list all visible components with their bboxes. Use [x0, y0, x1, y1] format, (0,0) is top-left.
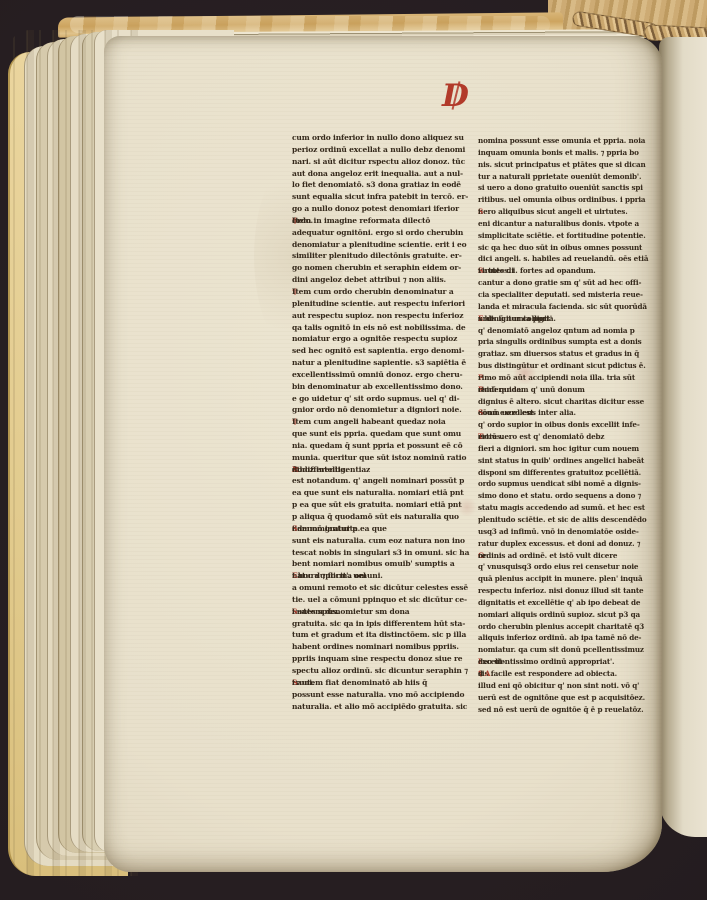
text-line: ¶Item cum ordo cherubin denominatur a — [292, 286, 478, 298]
text-line: qa talis ognitō in eis nō est nobilissim… — [292, 322, 478, 334]
text-line: ordinū nomia ppria. Ex his igitur collig… — [478, 313, 650, 325]
text-line: gratuita. sic qa in ipis differentem hūt… — [292, 618, 478, 630]
text-line: simplicitate sciētie. et fortitudine pot… — [478, 230, 650, 242]
text-line: dini angeloz debet attribui ⁊ non aliis. — [292, 274, 478, 286]
text-line: e go uidetur q' sit ordo supmus. uel q' … — [292, 393, 478, 405]
text-line: denomiatur a plenitudine scientie. erit … — [292, 239, 478, 251]
text-line: sed hec ognitō est sapientia. ergo denom… — [292, 345, 478, 357]
text-line: q' denomiatō angeloz qntum ad nomia p — [478, 325, 650, 337]
text-line: inquam omunia bonis et malis. ⁊ ppria bo — [478, 147, 650, 159]
text-line: nomiatur. qa cum sit donū pcellentissimu… — [478, 644, 650, 656]
text-line: cia specialiter deputati. sed misteria r… — [478, 289, 650, 301]
text-line: adequatur ognitōni. ergo si ordo cherubi… — [292, 227, 478, 239]
text-line: sunt equalia sicut infra patebit in terc… — [292, 191, 478, 203]
text-line: uero aliquibus sicut angeli et uirtutes.… — [478, 206, 650, 218]
text-line: cum ordo inferior in nullo dono aliquez … — [292, 132, 478, 144]
text-line: sis facile est respondere ad obiecta. ¶ … — [478, 668, 650, 680]
text-line: que sunt eis ppria. quedam que sunt omu — [292, 428, 478, 440]
facing-page-edge — [659, 37, 707, 837]
text-line: bent nomiari nomibus omuib' sumptis a — [292, 558, 478, 570]
text-line: tum et gradum et ita distinctōem. sic p … — [292, 629, 478, 641]
text-line: aliquis inferioz ordinū. ab ipa tamē nō … — [478, 632, 650, 644]
text-line: disponi sm differentes gratuitoz pcellēt… — [478, 467, 650, 479]
text-line: ratur duplex excessus. et doni ad donuz.… — [478, 538, 650, 550]
text-line: osideranda. Primū quidem q' unū donum — [478, 384, 650, 396]
text-line: ppriis inquam sine respectu donoz siue r… — [292, 653, 478, 665]
text-line: landa et miracula facienda. sic sūt quor… — [478, 301, 650, 313]
text-line: eni dicantur a naturalibus donis. vtpote… — [478, 218, 650, 230]
text-line: dignitatis et excellētie q' ab ipo debea… — [478, 597, 650, 609]
text-line: sed nō est uerū de ognitōe q̄ ē p reuela… — [478, 704, 650, 716]
rubric-initial-d: D — [442, 78, 482, 116]
text-line: similiter plenitudo dilectōnis gratuite.… — [292, 250, 478, 262]
text-line: go a nullo donoz potest denomiari iferio… — [292, 203, 478, 215]
text-line: naturalia. et alio mō accipiēdo gratuita… — [292, 701, 478, 713]
text-line: quā plenius accipit in munere. plen' inq… — [478, 573, 650, 585]
text-line: uerū est de ognitōne que est p acquisitō… — [478, 692, 650, 704]
text-line: simo dono et statu. ordo sequens a dono … — [478, 490, 650, 502]
text-line: natura ⁊ forma omuni. Et hoc duplicit'. … — [292, 570, 478, 582]
text-line: gratiaz. sm diuersos status et gradus in… — [478, 348, 650, 360]
text-line: Primo mō aūt accipiendi noia illa. tria … — [478, 372, 650, 384]
text-line: go nomen cherubin et seraphin eidem or- — [292, 262, 478, 274]
text-line: habent ordines nominari nomibus ppriis. — [292, 641, 478, 653]
text-line: nomina possunt esse omunia et ppria. noi… — [478, 135, 650, 147]
text-line: illud eni qō obicitur q' non sint noti. … — [478, 680, 650, 692]
text-line: statu magis accedendo ad sumū. et hec es… — [478, 502, 650, 514]
text-line: nari. si aūt dicitur rspectu alioz donoz… — [292, 156, 478, 168]
text-line: dici angeli. s. habiles ad reuelandū. oē… — [478, 253, 650, 265]
text-line: a omuni remoto et sic dicūtur celestes e… — [292, 582, 478, 594]
text-line: tie. uel a cōmuni ppinquo et sic dicūtur… — [292, 594, 478, 606]
text-line: tur a naturali pprietate oueniūt demonib… — [478, 171, 650, 183]
text-line: p ea que sūt eis gratuita. nomiari etiā … — [292, 499, 478, 511]
book-page: D cum ordo inferior in nullo dono alique… — [104, 36, 662, 872]
text-column-right: nomina possunt esse omunia et ppria. noi… — [478, 135, 650, 717]
text-line: riores. Tertiū uero est q' denomiatō deb… — [478, 431, 650, 443]
photo-background: D cum ordo inferior in nullo dono alique… — [0, 0, 707, 900]
text-line: nomiatur ergo a ognitōe respectu supioz — [292, 333, 478, 345]
text-line: ea que sunt eis naturalia. nomiari etiā … — [292, 487, 478, 499]
text-line: perioz ordinū excellat a nullo debz deno… — [292, 144, 478, 156]
text-line: lo fiet denomiatō. s3 dona gratiaz in eo… — [292, 179, 478, 191]
text-line: nomiari aliquis ordinū supioz. sicut p3 … — [478, 609, 650, 621]
text-line: si uero a dono gratuito oueniūt sanctis … — [478, 182, 650, 194]
text-line: bus distingūtur et ordinant sicut pdictu… — [478, 360, 650, 372]
text-line: ritibus. uel omunia oibus ordinibus. i p… — [478, 194, 650, 206]
text-line: ordo supmus uendicat sibi nomē a dignis- — [478, 478, 650, 490]
text-line: nis. sicut principatus et ptātes que si … — [478, 159, 650, 171]
text-line: ordo. ¶Item in imagine reformata dilectō — [292, 215, 478, 227]
text-line: cantur a dono gratie sm q' sūt ad hec of… — [478, 277, 650, 289]
text-line: troni. Si autem fiat denominatō ab hiis … — [292, 677, 478, 689]
text-line: excellentissimo ordinū appropriat'. Ideo… — [478, 656, 650, 668]
text-line: ordo cherubin plenius accepit charitatē … — [478, 621, 650, 633]
text-line: plenitudine scientie. aut respectu infer… — [292, 298, 478, 310]
text-line: aut respectu supioz. non respectu inferi… — [292, 310, 478, 322]
text-line: bin denominatur ab excellentissimo dono. — [292, 381, 478, 393]
text-line: ordinis ad ordinē. et istō vult dicere G… — [478, 550, 650, 562]
text-line: possunt esse naturalia. vno mō accipiend… — [292, 689, 478, 701]
text-line: dignius ē altero. sicut charitas dicitur… — [478, 396, 650, 408]
text-line: sint status in quib' ordines angelici ha… — [478, 455, 650, 467]
text-line: natur a plenitudine sapientie. s3 sapiēt… — [292, 357, 478, 369]
text-line: ¶Item cum angeli habeant quedaz noia — [292, 416, 478, 428]
text-line: fieri a digniori. sm hoc igitur cum noue… — [478, 443, 650, 455]
text-line: q' vnusquisq3 ordo eius rei censetur noi… — [478, 561, 650, 573]
text-line: donū excellens inter alia. Scōum uero es… — [478, 407, 650, 419]
text-line: munia. queritur que sūt istoz nominū rat… — [292, 452, 478, 464]
text-line: lestes spūs. Si autem denomietur sm dona — [292, 606, 478, 618]
text-line: p aliqua q̄ quodamō sūt eis naturalia qu… — [292, 511, 478, 523]
text-line: virtutes. i. fortes ad opandum. Si autes… — [478, 265, 650, 277]
text-column-left: cum ordo inferior in nullo dono aliquez … — [292, 132, 478, 714]
text-line: est notandum. q' angeli nominari possūt … — [292, 475, 478, 487]
text-line: spectu alioz ordinū. sic dicuntur seraph… — [292, 665, 478, 677]
text-line: q' ordo supior in oibus donis excellit i… — [478, 419, 650, 431]
text-line: dammō gratuita. Si denomiantur p ea que — [292, 523, 478, 535]
text-line: sic qa hec duo sūt in oibus omnes possun… — [478, 242, 650, 254]
text-line: usq3 ad infimū. vnō in denomiatōe oside- — [478, 526, 650, 538]
text-line: plenitudo sciētie. et sic de aliis desce… — [478, 514, 650, 526]
text-line: gnior ordo nō denomietur a digniori noie… — [292, 404, 478, 416]
text-line: sunt eis naturalia. cum eoz natura non i… — [292, 535, 478, 547]
text-line: pria singulis ordinibus sumpta est a don… — [478, 336, 650, 348]
text-line: excellentissimū omniū donoz. ergo cheru- — [292, 369, 478, 381]
text-line: aut dona angeloz erit inequalia. aut a n… — [292, 168, 478, 180]
text-line: et differentia. Rño. Ad hoz intelligenti… — [292, 464, 478, 476]
text-line: nia. quedam q̄ sunt ppria et possunt eē … — [292, 440, 478, 452]
text-line: respectu inferioz. nisi donuz illud sit … — [478, 585, 650, 597]
text-line: tescat nobis in singulari s3 in omuni. s… — [292, 547, 478, 559]
